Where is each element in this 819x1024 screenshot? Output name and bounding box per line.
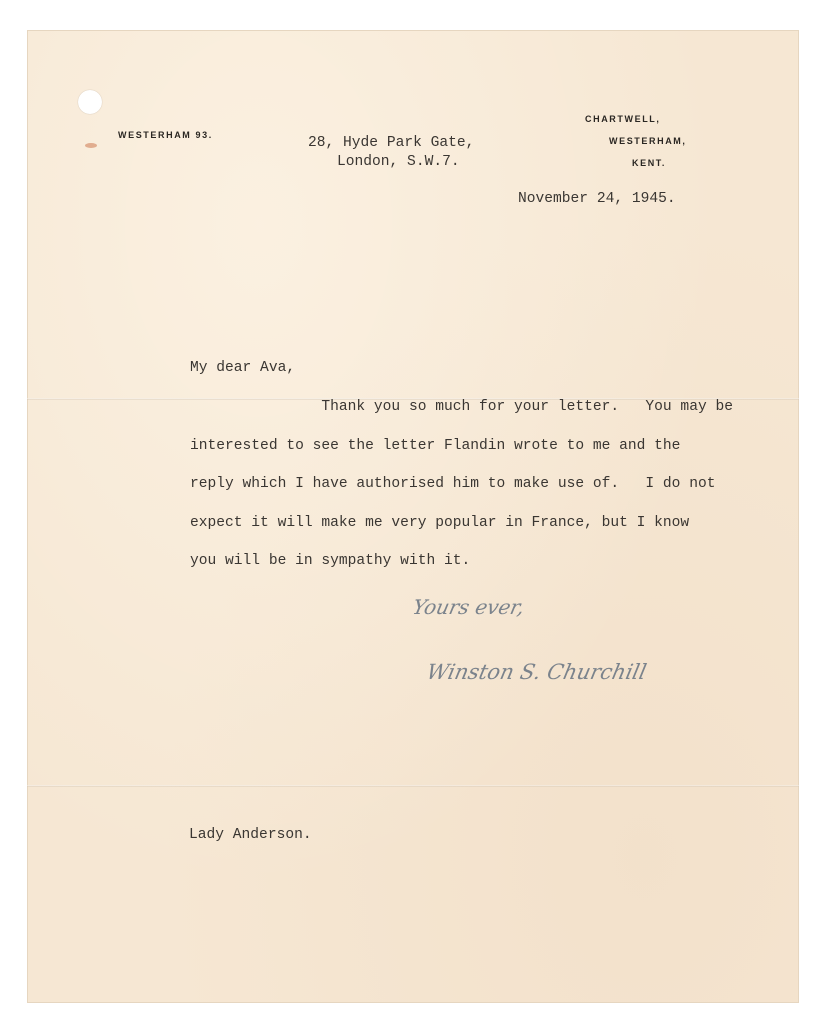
letterhead-estate-line-1: CHARTWELL, — [585, 114, 661, 124]
salutation: My dear Ava, — [190, 360, 295, 376]
sender-address-line-2: London, S.W.7. — [337, 154, 460, 170]
body-line-5: you will be in sympathy with it. — [190, 542, 790, 581]
body-line-3: reply which I have authorised him to mak… — [190, 465, 790, 504]
valediction-handwritten: Yours ever, — [410, 595, 526, 619]
sender-address-line-1: 28, Hyde Park Gate, — [308, 135, 474, 151]
fold-line-lower — [27, 785, 799, 787]
body-line-4: expect it will make me very popular in F… — [190, 504, 790, 543]
paper-stain — [85, 143, 97, 148]
letterhead-estate-line-2: WESTERHAM, — [609, 136, 687, 146]
body-line-2: interested to see the letter Flandin wro… — [190, 427, 790, 466]
letter-body: Thank you so much for your letter. You m… — [190, 388, 790, 581]
letter-date: November 24, 1945. — [518, 191, 676, 207]
recipient-name: Lady Anderson. — [189, 827, 312, 843]
letterhead-telephone: WESTERHAM 93. — [118, 130, 213, 140]
punch-hole — [78, 90, 102, 114]
signature-handwritten: Winston S. Churchill — [424, 660, 648, 684]
letter-sheet: WESTERHAM 93. CHARTWELL, WESTERHAM, KENT… — [27, 30, 799, 1003]
letterhead-estate-line-3: KENT. — [632, 158, 666, 168]
body-line-1: Thank you so much for your letter. You m… — [190, 388, 790, 427]
